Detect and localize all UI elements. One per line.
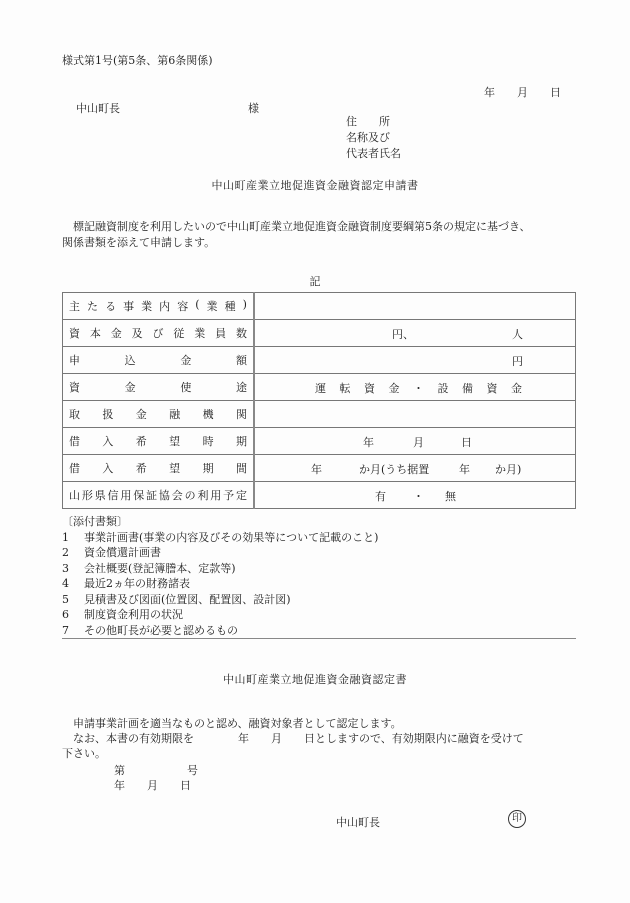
issuer-name: 中山町長 (336, 814, 380, 830)
loan-amount-field[interactable]: 円 (254, 347, 576, 374)
row-label-text: 山形県信用保証協会の利用予定 (69, 487, 247, 503)
guarantee-no-option[interactable]: 無 (445, 488, 456, 504)
application-intro: 標記融資制度を利用したいので中山町産業立地促進資金融資制度要綱第5条の規定に基づ… (62, 219, 587, 251)
date-month: 月 (517, 84, 528, 100)
intro-line-1: 標記融資制度を利用したいので中山町産業立地促進資金融資制度要綱第5条の規定に基づ… (62, 219, 587, 235)
seal-icon: 印 (508, 810, 526, 828)
fund-purpose-field[interactable]: 運 転 資 金 ・ 設 備 資 金 (254, 374, 576, 401)
timing-year: 年 (363, 434, 374, 450)
amount-unit: 円 (512, 353, 523, 369)
certificate-line-1: 申請事業計画を適当なものと認め、融資対象者として認定します。 (62, 716, 587, 731)
list-item-number: 3 (62, 561, 84, 577)
fund-purpose-options: 運 転 資 金 ・ 設 備 資 金 (315, 380, 527, 396)
row-label-period: 借入希望期間 (63, 455, 255, 482)
list-item-number: 2 (62, 545, 84, 561)
addressee: 中山町長 (76, 100, 120, 116)
application-table: 主たる事業内容(業種) 資本金及び従業員数 円、 人 申込金額 円 資金使途 運… (62, 292, 576, 509)
list-item: 6制度資金利用の状況 (62, 607, 378, 623)
certificate-title: 中山町産業立地促進資金融資認定書 (0, 671, 630, 687)
row-label-text: 借入希望期間 (69, 460, 247, 476)
intro-line-2: 関係書類を添えて申請します。 (62, 235, 587, 251)
list-item-text: 見積書及び図面(位置図、配置図、設計図) (84, 592, 291, 608)
list-item-text: その他町長が必要と認めるもの (84, 623, 238, 639)
certificate-number: 第号 (114, 762, 198, 778)
cert-date-year: 年 (114, 779, 125, 792)
timing-month: 月 (413, 434, 424, 450)
table-row: 借入希望期間 年 か月(うち据置 年 か月) (63, 455, 576, 482)
row-label-amount: 申込金額 (63, 347, 255, 374)
list-item-number: 6 (62, 607, 84, 623)
list-item-text: 制度資金利用の状況 (84, 607, 183, 623)
list-item: 3会社概要(登記簿謄本、定款等) (62, 561, 378, 577)
guarantee-use-field[interactable]: 有 ・ 無 (254, 482, 576, 509)
row-label-text: 資本金及び従業員数 (69, 325, 247, 341)
row-label-guarantee: 山形県信用保証協会の利用予定 (63, 482, 255, 509)
period-year: 年 (311, 461, 322, 477)
grace-year: 年 (459, 461, 470, 477)
row-label-text: 借入希望時期 (69, 433, 247, 449)
list-item-text: 資金償還計画書 (84, 545, 161, 561)
certificate-date: 年月日 (114, 777, 191, 793)
application-date: 年月日 (484, 84, 561, 100)
row-label-text: 申込金額 (69, 352, 247, 368)
list-item: 7その他町長が必要と認めるもの (62, 623, 378, 639)
row-label-business: 主たる事業内容(業種) (63, 293, 255, 320)
period-month: か月(うち据置 (359, 461, 429, 477)
table-row: 資金使途 運 転 資 金 ・ 設 備 資 金 (63, 374, 576, 401)
certificate-body: 申請事業計画を適当なものと認め、融資対象者として認定します。 なお、本書の有効期… (62, 716, 587, 761)
row-label-text: 取扱金融機関 (69, 406, 247, 422)
certificate-line-3: 下さい。 (62, 746, 587, 761)
number-prefix: 第 (114, 764, 125, 777)
applicant-representative-label: 代表者氏名 (346, 146, 401, 162)
applicant-address-label: 住 所 (346, 114, 401, 130)
ki-heading: 記 (0, 273, 630, 289)
list-item: 2資金償還計画書 (62, 545, 378, 561)
employees-unit: 人 (512, 326, 523, 342)
list-item-text: 会社概要(登記簿謄本、定款等) (84, 561, 236, 577)
certificate-line-2: なお、本書の有効期限を 年 月 日としますので、有効期限内に融資を受けて (62, 731, 587, 746)
row-label-purpose: 資金使途 (63, 374, 255, 401)
application-title: 中山町産業立地促進資金融資認定申請書 (0, 177, 630, 193)
financial-institution-field[interactable] (254, 401, 576, 428)
list-item-number: 7 (62, 623, 84, 639)
list-item-number: 5 (62, 592, 84, 608)
cert-date-day: 日 (180, 779, 191, 792)
table-row: 申込金額 円 (63, 347, 576, 374)
list-item-text: 事業計画書(事業の内容及びその効果等について記載のこと) (84, 530, 378, 546)
timing-day: 日 (461, 434, 472, 450)
list-item-text: 最近2ヵ年の財務諸表 (84, 576, 190, 592)
date-day: 日 (550, 84, 561, 100)
list-item: 1事業計画書(事業の内容及びその効果等について記載のこと) (62, 530, 378, 546)
guarantee-separator: ・ (413, 488, 424, 504)
row-label-bank: 取扱金融機関 (63, 401, 255, 428)
form-number: 様式第1号(第5条、第6条関係) (62, 52, 213, 68)
cert-date-month: 月 (147, 779, 158, 792)
capital-unit: 円、 (392, 326, 414, 342)
borrowing-period-field[interactable]: 年 か月(うち据置 年 か月) (254, 455, 576, 482)
borrowing-timing-field[interactable]: 年 月 日 (254, 428, 576, 455)
section-divider (62, 638, 576, 639)
date-year: 年 (484, 84, 495, 100)
applicant-name-label: 名称及び (346, 130, 401, 146)
row-label-capital: 資本金及び従業員数 (63, 320, 255, 347)
applicant-fields: 住 所 名称及び 代表者氏名 (346, 114, 401, 162)
row-label-text: 主たる事業内容(業種) (69, 298, 247, 314)
grace-month: か月) (495, 461, 521, 477)
table-row: 資本金及び従業員数 円、 人 (63, 320, 576, 347)
row-label-timing: 借入希望時期 (63, 428, 255, 455)
table-row: 取扱金融機関 (63, 401, 576, 428)
list-item-number: 4 (62, 576, 84, 592)
table-row: 山形県信用保証協会の利用予定 有 ・ 無 (63, 482, 576, 509)
list-item: 4最近2ヵ年の財務諸表 (62, 576, 378, 592)
attachments-heading: 〔添付書類〕 (62, 514, 378, 530)
table-row: 主たる事業内容(業種) (63, 293, 576, 320)
row-label-text: 資金使途 (69, 379, 247, 395)
business-content-field[interactable] (254, 293, 576, 320)
list-item: 5見積書及び図面(位置図、配置図、設計図) (62, 592, 378, 608)
capital-employees-field[interactable]: 円、 人 (254, 320, 576, 347)
honorific: 様 (248, 100, 259, 116)
attachments-list: 〔添付書類〕 1事業計画書(事業の内容及びその効果等について記載のこと)2資金償… (62, 514, 378, 638)
list-item-number: 1 (62, 530, 84, 546)
table-row: 借入希望時期 年 月 日 (63, 428, 576, 455)
guarantee-yes-option[interactable]: 有 (375, 488, 386, 504)
number-suffix: 号 (187, 764, 198, 777)
